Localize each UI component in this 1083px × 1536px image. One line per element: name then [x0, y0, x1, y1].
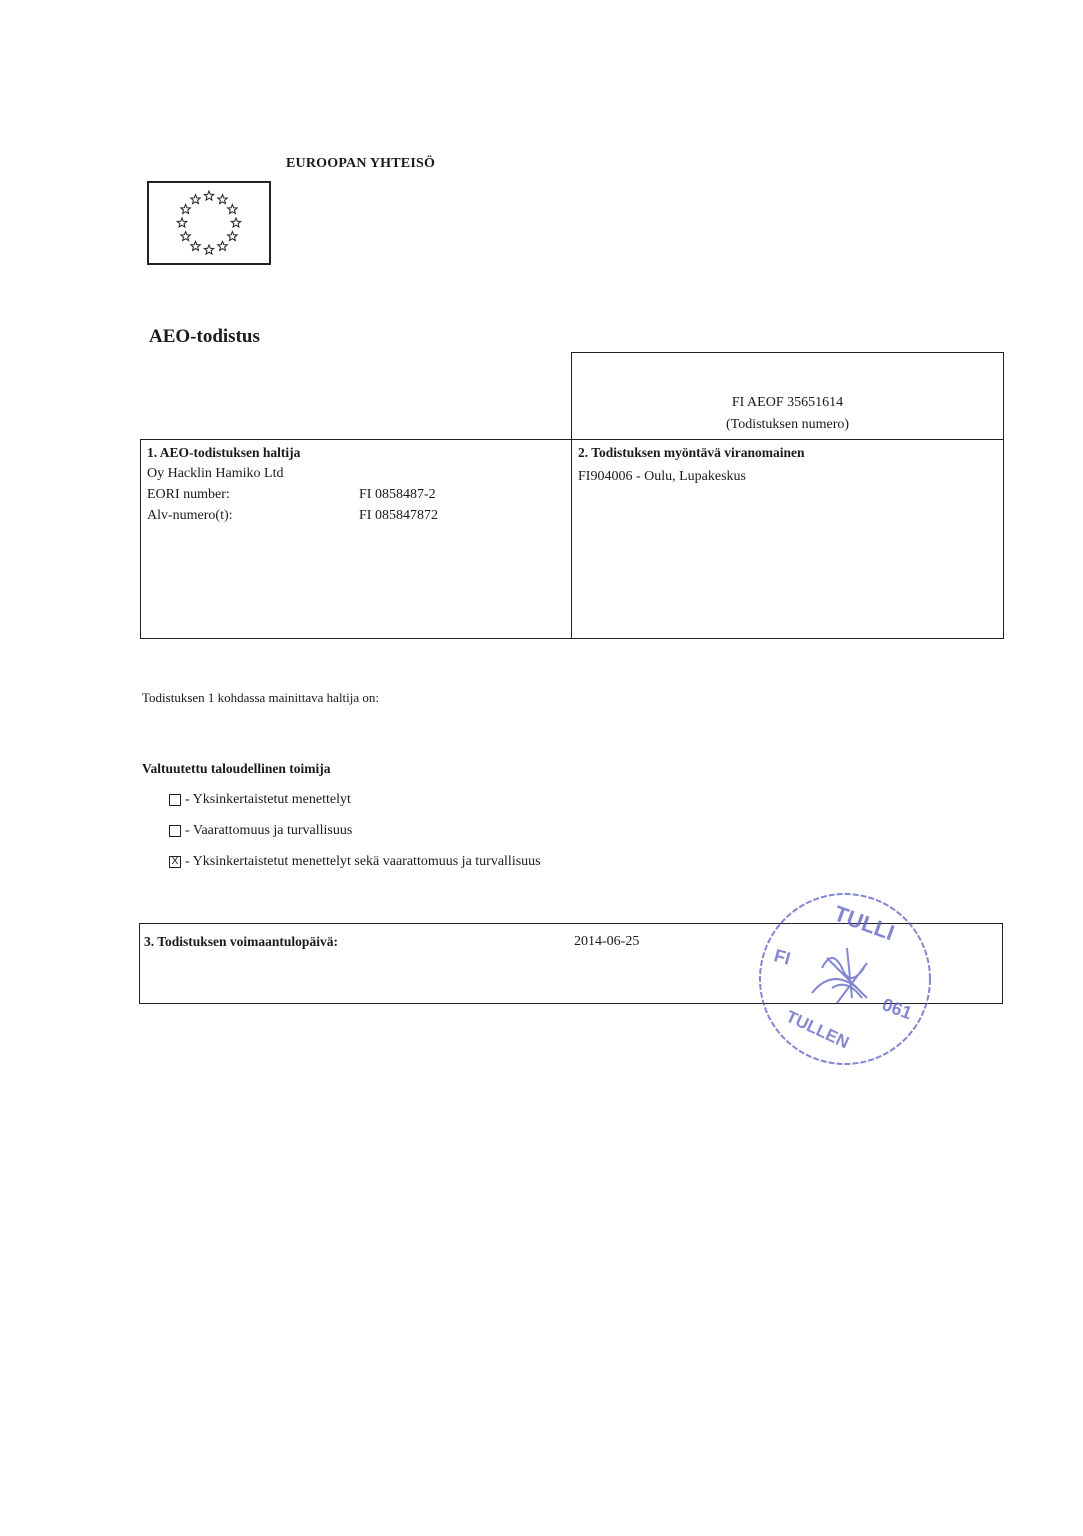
holder-heading: 1. AEO-todistuksen haltija — [147, 445, 300, 461]
status-note: Todistuksen 1 kohdassa mainittava haltij… — [142, 690, 379, 706]
option-combined[interactable]: X - Yksinkertaistetut menettelyt sekä va… — [169, 854, 541, 870]
authority-box: 2. Todistuksen myöntävä viranomainen FI9… — [571, 439, 1004, 639]
status-heading: Valtuutettu taloudellinen toimija — [142, 761, 331, 777]
customs-stamp-icon: TULLI FI 061 TULLEN — [752, 888, 938, 1070]
stamp-top-text: TULLI — [831, 901, 898, 946]
eu-flag-icon — [147, 181, 271, 265]
certificate-number-box: FI AEOF 35651614 (Todistuksen numero) — [571, 352, 1004, 440]
option-security[interactable]: - Vaarattomuus ja turvallisuus — [169, 823, 352, 839]
certificate-number-label: (Todistuksen numero) — [572, 417, 1003, 433]
eori-label: EORI number: — [147, 487, 230, 503]
option-simplified[interactable]: - Yksinkertaistetut menettelyt — [169, 792, 351, 808]
checkbox-combined[interactable]: X — [169, 856, 181, 868]
option-label: - Vaarattomuus ja turvallisuus — [185, 823, 352, 839]
stamp-left-text: FI — [772, 945, 793, 968]
stamp-right-text: 061 — [880, 994, 915, 1023]
document-title: AEO-todistus — [149, 326, 260, 348]
holder-name: Oy Hacklin Hamiko Ltd — [147, 466, 283, 482]
option-label: - Yksinkertaistetut menettelyt sekä vaar… — [185, 854, 541, 870]
effective-date-label: 3. Todistuksen voimaantulopäivä: — [144, 934, 338, 950]
authority-value: FI904006 - Oulu, Lupakeskus — [578, 469, 746, 485]
authority-heading: 2. Todistuksen myöntävä viranomainen — [578, 445, 805, 461]
community-title: EUROOPAN YHTEISÖ — [286, 156, 435, 172]
holder-box: 1. AEO-todistuksen haltija Oy Hacklin Ha… — [140, 439, 572, 639]
certificate-number: FI AEOF 35651614 — [572, 395, 1003, 411]
checkbox-simplified[interactable] — [169, 794, 181, 806]
vat-label: Alv-numero(t): — [147, 508, 233, 524]
option-label: - Yksinkertaistetut menettelyt — [185, 792, 351, 808]
checkbox-security[interactable] — [169, 825, 181, 837]
effective-date-value: 2014-06-25 — [574, 934, 639, 950]
vat-value: FI 085847872 — [359, 508, 438, 524]
eori-value: FI 0858487-2 — [359, 487, 436, 503]
